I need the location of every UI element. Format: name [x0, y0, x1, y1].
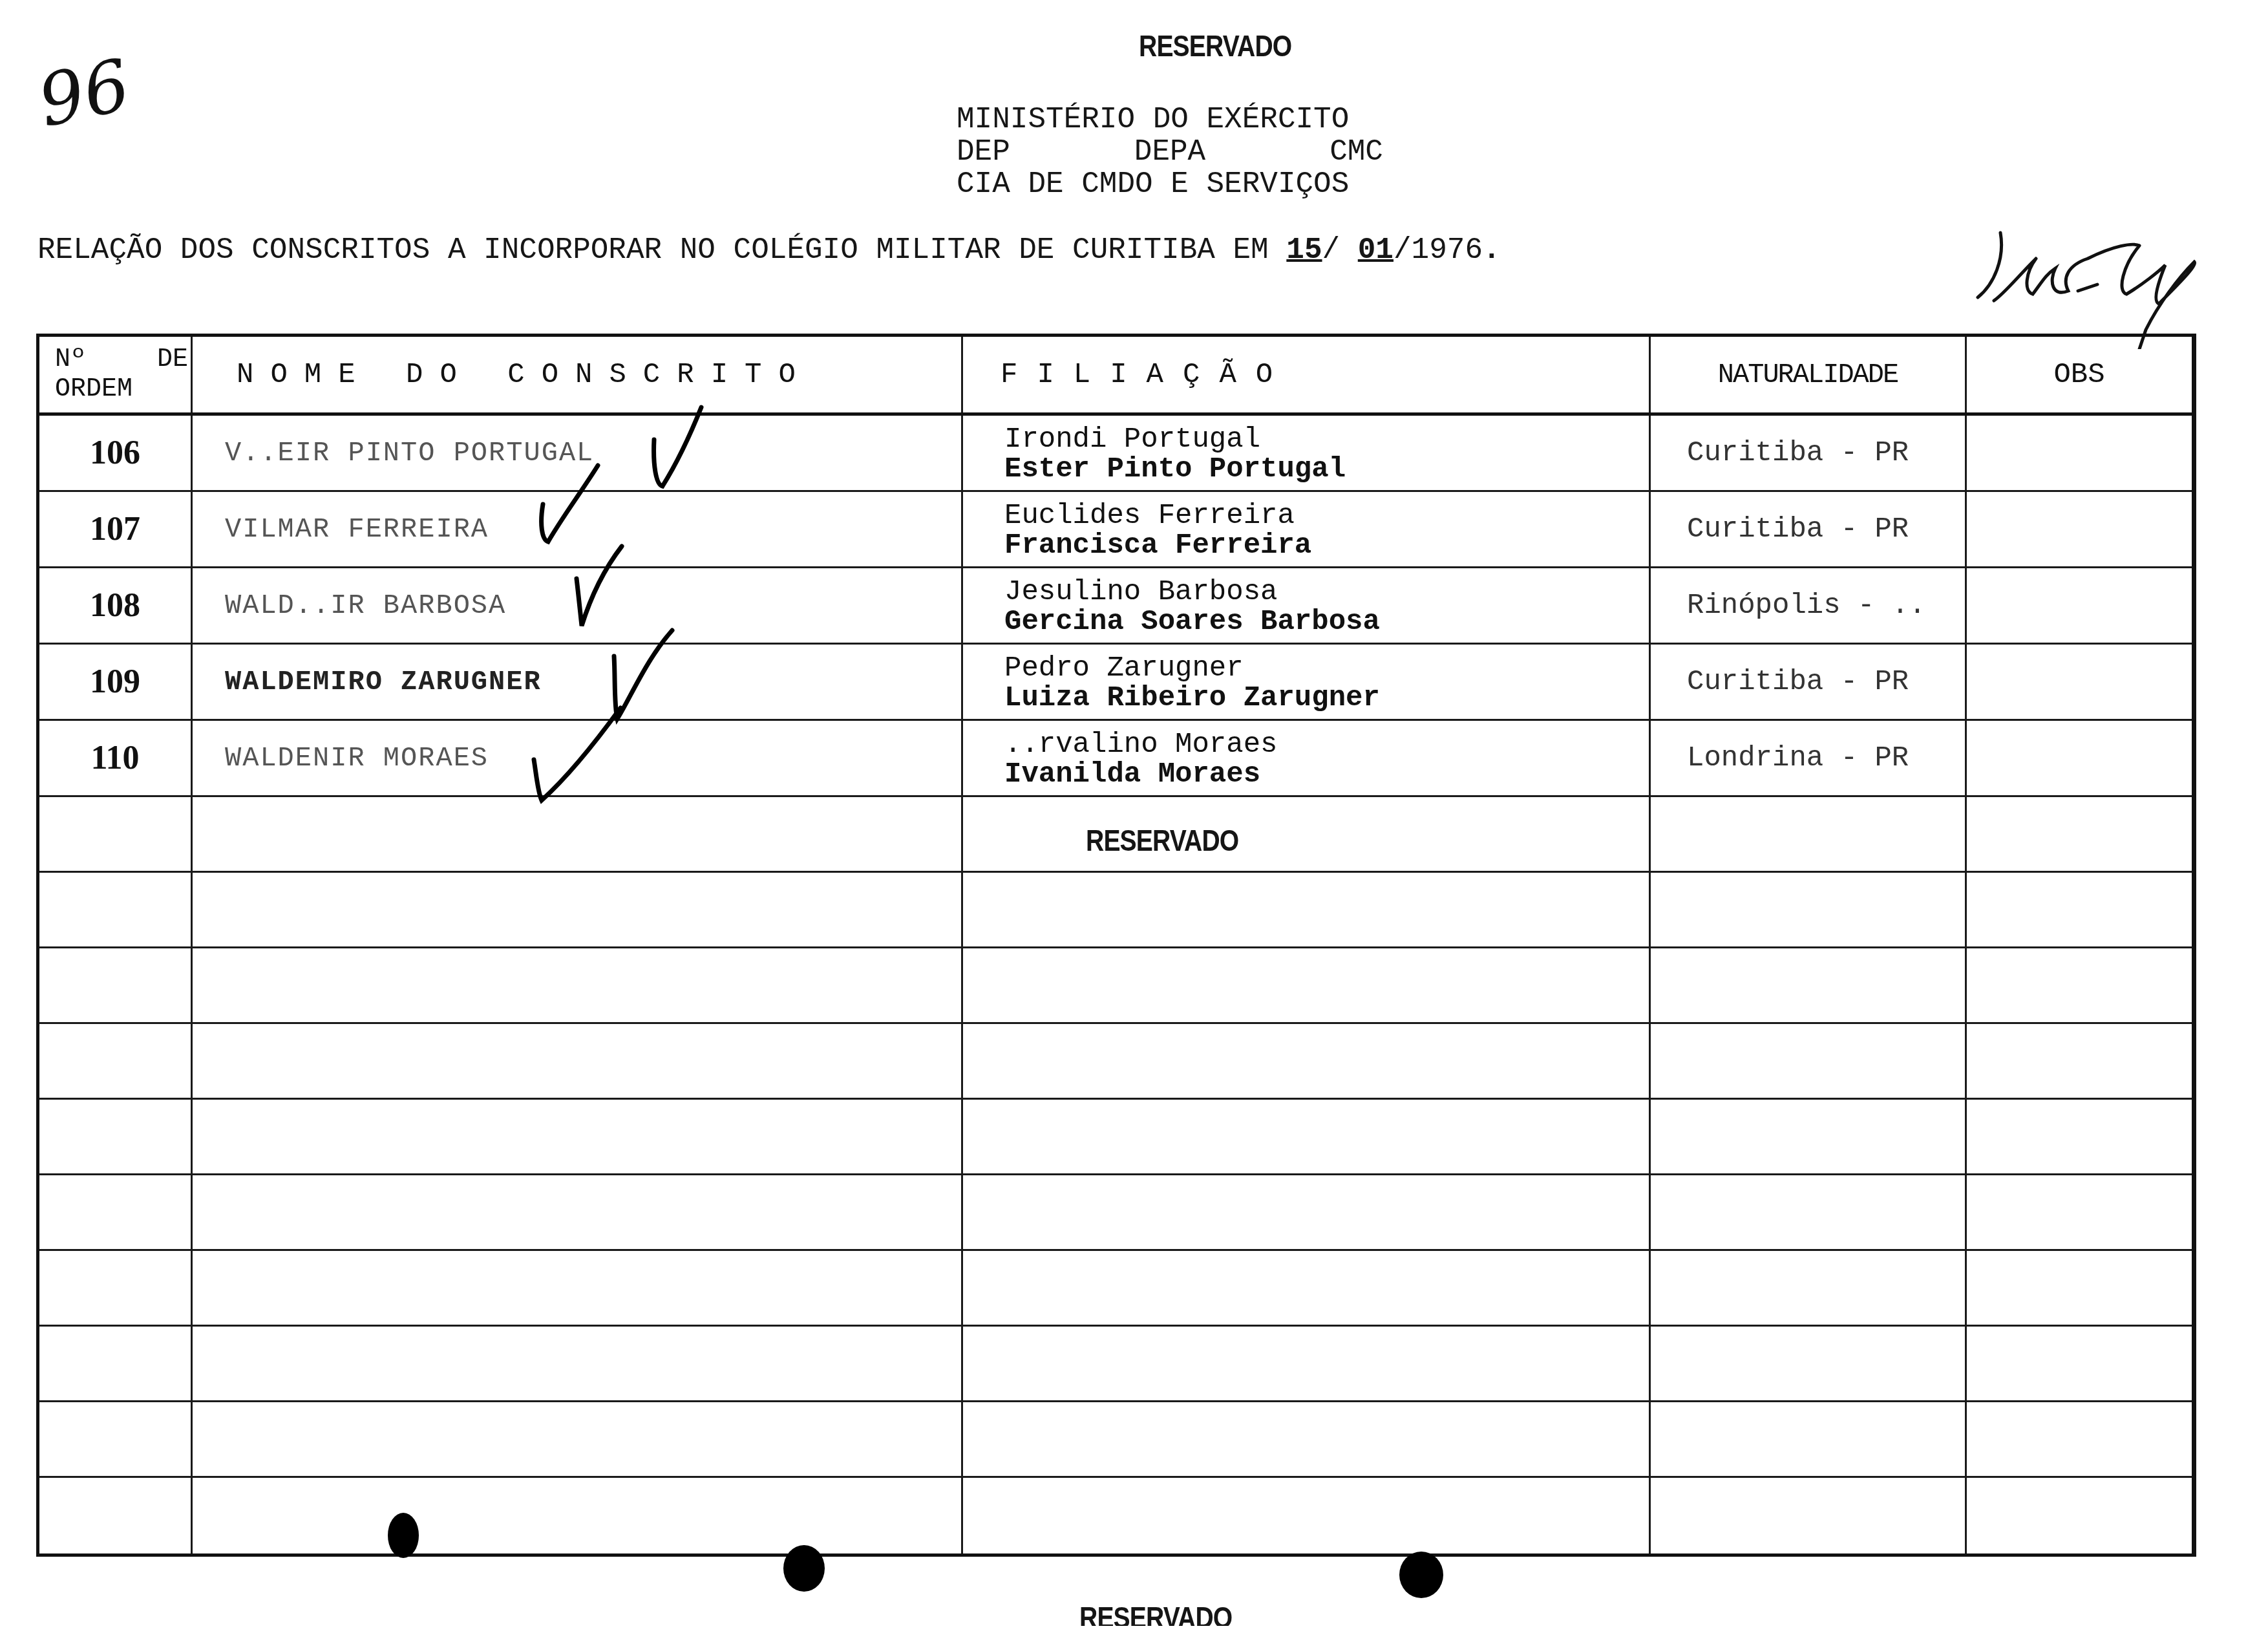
empty-cell: [193, 1478, 963, 1553]
header-birthplace: NATURALIDADE: [1651, 337, 1967, 412]
birthplace: Rinópolis - ..: [1651, 568, 1967, 643]
birthplace: Londrina - PR: [1651, 721, 1967, 795]
empty-cell: [1967, 1327, 2192, 1400]
header-filiation: FILIAÇÃO: [963, 337, 1651, 412]
letterhead-ministry: MINISTÉRIO DO EXÉRCITO: [957, 103, 1383, 136]
empty-cell: [39, 1024, 193, 1098]
filiation: Irondi PortugalEster Pinto Portugal: [963, 416, 1651, 490]
empty-cell: [1967, 948, 2192, 1022]
mother-name: Gercina Soares Barbosa: [1004, 607, 1649, 637]
table-row: 110WALDENIR MORAES..rvalino MoraesIvanil…: [39, 721, 2192, 797]
header-order-ordem: ORDEM: [55, 375, 188, 405]
letterhead-units: DEP DEPA CMC: [957, 136, 1383, 168]
punch-hole-mark: [783, 1545, 825, 1592]
obs: [1967, 568, 2192, 643]
document-title: RELAÇÃO DOS CONSCRITOS A INCORPORAR NO C…: [37, 234, 1501, 266]
header-order-no: Nº: [55, 345, 86, 375]
empty-cell: [39, 797, 193, 871]
obs: [1967, 416, 2192, 490]
conscript-name: WALD..IR BARBOSA: [193, 568, 963, 643]
empty-cell: [193, 1175, 963, 1249]
punch-hole-mark: [1399, 1552, 1443, 1598]
conscript-name: V..EIR PINTO PORTUGAL: [193, 416, 963, 490]
obs: [1967, 645, 2192, 719]
filiation: Pedro ZarugnerLuiza Ribeiro Zarugner: [963, 645, 1651, 719]
empty-table-row: [39, 948, 2192, 1024]
filiation: Euclides FerreiraFrancisca Ferreira: [963, 492, 1651, 566]
classification-stamp-top: RESERVADO: [1139, 28, 1291, 63]
letterhead: MINISTÉRIO DO EXÉRCITO DEP DEPA CMC CIA …: [957, 103, 1383, 200]
order-number: 107: [39, 492, 193, 566]
empty-cell: [963, 1175, 1651, 1249]
title-month: 01: [1358, 233, 1394, 267]
empty-cell: [963, 1402, 1651, 1476]
birthplace: Curitiba - PR: [1651, 492, 1967, 566]
signature: [1965, 220, 2236, 349]
birthplace: Curitiba - PR: [1651, 416, 1967, 490]
empty-cell: [193, 1100, 963, 1173]
empty-cell: [1651, 1175, 1967, 1249]
father-name: Euclides Ferreira: [1004, 501, 1649, 531]
empty-cell: [1967, 1402, 2192, 1476]
empty-cell: [963, 1327, 1651, 1400]
empty-cell: [963, 1478, 1651, 1553]
empty-cell: [1967, 1478, 2192, 1553]
empty-table-row: [39, 1100, 2192, 1175]
table-row: 106V..EIR PINTO PORTUGALIrondi PortugalE…: [39, 416, 2192, 492]
empty-cell: [963, 1100, 1651, 1173]
father-name: Irondi Portugal: [1004, 425, 1649, 454]
empty-cell: [1967, 873, 2192, 946]
header-obs: OBS: [1967, 337, 2192, 412]
empty-table-row: [39, 1478, 2192, 1553]
empty-cell: [39, 948, 193, 1022]
order-number: 108: [39, 568, 193, 643]
title-day: 15: [1286, 233, 1322, 267]
empty-cell: [39, 873, 193, 946]
empty-table-row: [39, 1024, 2192, 1100]
order-number: 106: [39, 416, 193, 490]
father-name: ..rvalino Moraes: [1004, 730, 1649, 760]
empty-cell: [963, 1251, 1651, 1325]
empty-cell: [1967, 1024, 2192, 1098]
empty-cell: [963, 873, 1651, 946]
empty-cell: [1967, 797, 2192, 871]
empty-cell: [1651, 1402, 1967, 1476]
filiation: Jesulino BarbosaGercina Soares Barbosa: [963, 568, 1651, 643]
empty-table-row: [39, 1251, 2192, 1327]
empty-cell: [39, 1402, 193, 1476]
title-period: .: [1483, 233, 1501, 267]
table-row: 108WALD..IR BARBOSAJesulino BarbosaGerci…: [39, 568, 2192, 645]
empty-cell: [193, 873, 963, 946]
title-text: RELAÇÃO DOS CONSCRITOS A INCORPORAR NO C…: [37, 233, 1269, 267]
empty-cell: [39, 1251, 193, 1325]
empty-cell: [1651, 1024, 1967, 1098]
header-order-de: DE: [157, 345, 188, 375]
classification-stamp-inline: RESERVADO: [1086, 823, 1238, 858]
punch-hole-mark: [388, 1513, 419, 1558]
empty-table-row: [39, 1175, 2192, 1251]
empty-cell: [39, 1100, 193, 1173]
order-number: 109: [39, 645, 193, 719]
empty-cell: [193, 1402, 963, 1476]
order-number: 110: [39, 721, 193, 795]
empty-cell: [1651, 1327, 1967, 1400]
empty-cell: [963, 1024, 1651, 1098]
birthplace: Curitiba - PR: [1651, 645, 1967, 719]
table-row: 109WALDEMIRO ZARUGNERPedro ZarugnerLuiza…: [39, 645, 2192, 721]
empty-cell: [193, 948, 963, 1022]
letterhead-company: CIA DE CMDO E SERVIÇOS: [957, 168, 1383, 200]
empty-cell: [193, 1251, 963, 1325]
table-row: 107VILMAR FERREIRAEuclides FerreiraFranc…: [39, 492, 2192, 568]
obs: [1967, 492, 2192, 566]
empty-cell: [1651, 873, 1967, 946]
conscript-name: VILMAR FERREIRA: [193, 492, 963, 566]
obs: [1967, 721, 2192, 795]
empty-cell: [1967, 1100, 2192, 1173]
empty-cell: [1651, 1100, 1967, 1173]
empty-cell: [193, 1024, 963, 1098]
date-separator: /: [1394, 233, 1412, 267]
letterhead-dep: DEP: [957, 136, 1010, 168]
empty-cell: [39, 1327, 193, 1400]
filiation: ..rvalino MoraesIvanilda Moraes: [963, 721, 1651, 795]
mother-name: Luiza Ribeiro Zarugner: [1004, 683, 1649, 713]
empty-cell: [193, 797, 963, 871]
empty-cell: [1651, 1478, 1967, 1553]
empty-table-row: RESERVADO: [39, 797, 2192, 873]
table-header: NºDE ORDEM NOME DO CONSCRITO FILIAÇÃO NA…: [39, 337, 2192, 416]
date-separator: /: [1322, 233, 1341, 267]
empty-table-row: [39, 1327, 2192, 1402]
classification-stamp-bottom: RESERVADO: [1079, 1600, 1232, 1626]
empty-cell: [39, 1478, 193, 1553]
header-order: NºDE ORDEM: [39, 337, 193, 412]
mother-name: Ivanilda Moraes: [1004, 760, 1649, 789]
letterhead-depa: DEPA: [1134, 136, 1205, 168]
conscripts-table: NºDE ORDEM NOME DO CONSCRITO FILIAÇÃO NA…: [36, 334, 2196, 1557]
father-name: Jesulino Barbosa: [1004, 577, 1649, 607]
empty-cell: [39, 1175, 193, 1249]
conscript-name: WALDEMIRO ZARUGNER: [193, 645, 963, 719]
title-year: 1976: [1412, 233, 1483, 267]
conscript-name: WALDENIR MORAES: [193, 721, 963, 795]
mother-name: Ester Pinto Portugal: [1004, 454, 1649, 484]
empty-cell: [1967, 1251, 2192, 1325]
empty-cell: [963, 948, 1651, 1022]
empty-cell: [1651, 948, 1967, 1022]
father-name: Pedro Zarugner: [1004, 654, 1649, 683]
mother-name: Francisca Ferreira: [1004, 531, 1649, 560]
header-name: NOME DO CONSCRITO: [193, 337, 963, 412]
empty-cell: [193, 1327, 963, 1400]
handwritten-page-number: 96: [31, 43, 137, 143]
empty-cell: [1967, 1175, 2192, 1249]
empty-cell: [1651, 1251, 1967, 1325]
empty-cell: RESERVADO: [963, 797, 1651, 871]
empty-table-row: [39, 1402, 2192, 1478]
empty-cell: [1651, 797, 1967, 871]
empty-table-row: [39, 873, 2192, 948]
letterhead-cmc: CMC: [1330, 136, 1383, 168]
